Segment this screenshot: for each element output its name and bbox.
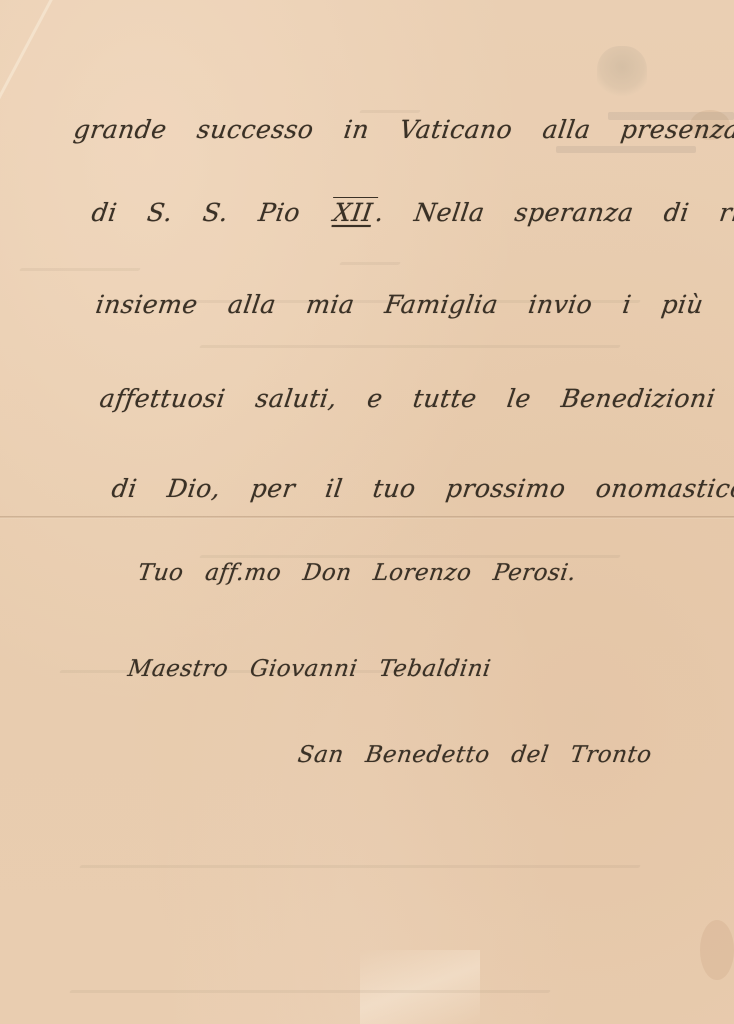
reverse-writing-bleedthrough: [69, 990, 551, 993]
reverse-writing-bleedthrough: [19, 268, 141, 271]
letter-line-2-continuation: . Nella speranza di rivederti,: [374, 198, 734, 227]
fold-crease-bottom: [360, 950, 480, 1024]
fold-crease-horizontal: [0, 516, 734, 519]
reverse-writing-bleedthrough: [79, 865, 641, 868]
letter-page: grande successo in Vaticano alla presenz…: [0, 0, 734, 1024]
recipient-name: Maestro Giovanni Tebaldini: [126, 656, 493, 682]
pope-numeral: XII: [328, 197, 377, 227]
reverse-writing-bleedthrough: [199, 345, 621, 348]
reverse-writing-bleedthrough: [339, 262, 401, 265]
letter-line-2-text: di S. S. Pio: [90, 198, 302, 227]
letter-line-2: di S. S. Pio XII. Nella speranza di rive…: [90, 198, 734, 227]
signature: Tuo aff.mo Don Lorenzo Perosi.: [136, 560, 578, 586]
letter-line-3: insieme alla mia Famiglia invio i più: [94, 290, 705, 319]
paper-stain: [700, 920, 734, 980]
letterhead-bleedthrough-line: [556, 146, 696, 153]
letter-line-1: grande successo in Vaticano alla presenz…: [72, 115, 734, 144]
reverse-writing-bleedthrough: [199, 555, 621, 558]
letter-line-5: di Dio, per il tuo prossimo onomastico.: [110, 474, 734, 503]
fold-crease-diagonal: [0, 0, 63, 140]
reverse-writing-bleedthrough: [359, 110, 421, 113]
letter-line-4: affettuosi saluti, e tutte le Benedizion…: [98, 384, 717, 413]
letterhead-emblem-bleedthrough: [597, 46, 647, 98]
recipient-place: San Benedetto del Tronto: [296, 742, 653, 768]
